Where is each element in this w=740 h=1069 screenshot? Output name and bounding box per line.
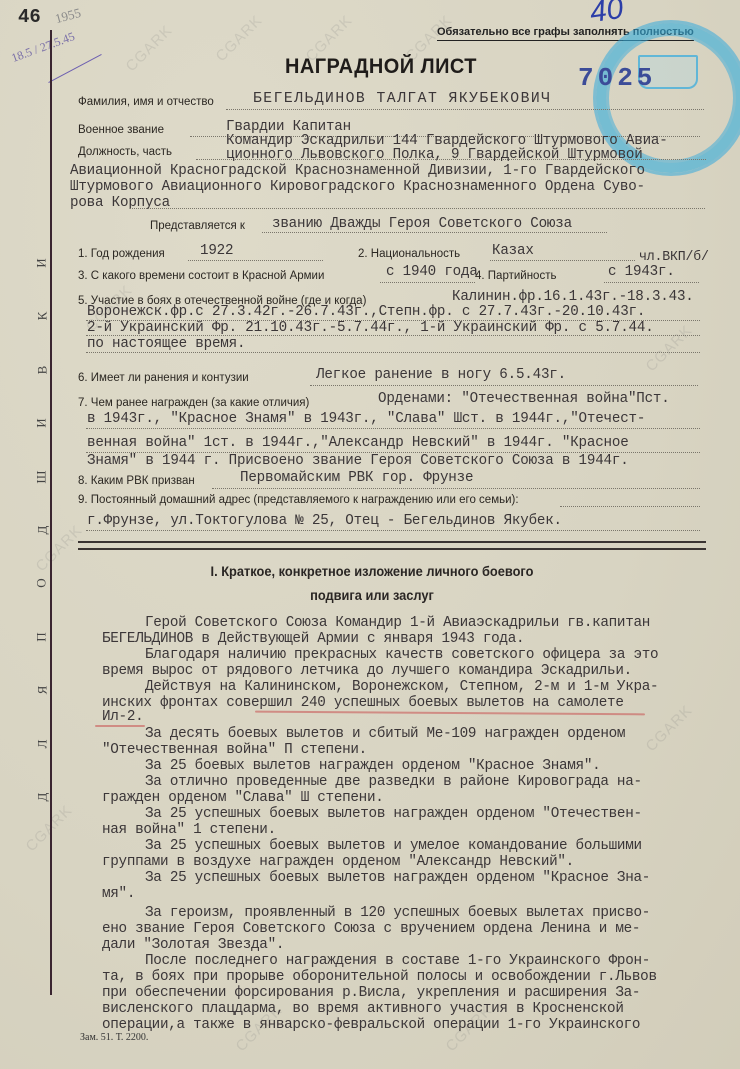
field-underline xyxy=(86,428,700,429)
body-line: та, в боях при прорыве оборонительной по… xyxy=(102,969,657,985)
body-line: инских фронтах совершил 240 успешных бое… xyxy=(102,695,624,711)
body-line: За отлично проведенные две разведки в ра… xyxy=(145,774,642,790)
field-underline xyxy=(226,109,704,110)
body-line: при обеспечении форсирования р.Висла, ук… xyxy=(102,985,640,1001)
party-note: чл.ВКП/б/ xyxy=(639,250,709,265)
body-line: За десять боевых вылетов и сбитый Ме-109… xyxy=(145,726,625,742)
body-line: группами в воздухе награжден орденом "Ал… xyxy=(102,854,574,870)
presented-to-label: Представляется к xyxy=(150,220,245,232)
body-line: За 25 успешных боевых вылетов награжден … xyxy=(145,806,642,822)
previous-awards-line: Знамя" в 1944 г. Присвоено звание Героя … xyxy=(87,453,629,469)
body-line: Ил-2. xyxy=(102,709,143,725)
award-sheet-page: CGARK CGARK CGARK CGARK CGARK CGARK CGAR… xyxy=(0,0,740,1069)
body-line: БЕГЕЛЬДИНОВ в Действующей Армии с января… xyxy=(102,631,524,647)
registration-number: 7025 xyxy=(578,63,656,93)
birth-year-value: 1922 xyxy=(200,243,233,259)
field-underline xyxy=(560,506,700,507)
body-line: За 25 успешных боевых вылетов и умелое к… xyxy=(145,838,642,854)
sheet-number: 46 xyxy=(18,6,41,28)
body-line: За героизм, проявленный в 120 успешных б… xyxy=(145,905,650,921)
previous-awards-line: венная война" 1ст. в 1944г.,"Александр Н… xyxy=(87,435,629,451)
body-line: мя". xyxy=(102,886,135,902)
body-line: висленского плацдарма, во время активног… xyxy=(102,1001,624,1017)
battles-value: Калинин.фр.16.1.43г.-18.3.43. xyxy=(452,289,694,305)
body-line: После последнего награждения в составе 1… xyxy=(145,953,650,969)
field-underline xyxy=(130,208,705,209)
battles-line: Воронежск.фр.с 27.3.42г.-26.7.43г.,Степн… xyxy=(87,304,645,320)
pencil-annotation: 1955 xyxy=(53,5,82,27)
field-underline xyxy=(86,530,700,531)
section-title: I. Краткое, конкретное изложение личного… xyxy=(21,564,724,579)
field-underline xyxy=(490,260,635,261)
battles-line: по настоящее время. xyxy=(87,336,245,352)
field-underline xyxy=(262,232,607,233)
party-value: с 1943г. xyxy=(608,264,675,280)
binding-margin-line xyxy=(50,30,52,995)
previous-awards-label: 7. Чем ранее награжден (за какие отличия… xyxy=(78,397,309,409)
body-line: Благодаря наличию прекрасных качеств сов… xyxy=(145,647,658,663)
army-since-value: с 1940 года xyxy=(386,264,478,280)
body-line: За 25 боевых вылетов награжден орденом "… xyxy=(145,758,600,774)
position-line: Авиационной Красноградской Краснознаменн… xyxy=(70,163,645,179)
binding-margin-text: Д Л Я П О Д Ш И В К И xyxy=(34,255,50,805)
document-title: НАГРАДНОЙ ЛИСТ xyxy=(285,55,477,79)
party-label: 4. Партийность xyxy=(475,270,556,282)
wounds-label: 6. Имеет ли ранения и контузии xyxy=(78,372,249,384)
position-label: Должность, часть xyxy=(78,146,172,158)
section-divider xyxy=(78,541,706,550)
body-line: Герой Советского Союза Командир 1-й Авиа… xyxy=(145,615,650,631)
watermark: CGARK xyxy=(213,12,266,65)
field-underline xyxy=(212,488,700,489)
field-underline xyxy=(86,352,700,353)
red-pencil-underline xyxy=(95,725,145,727)
position-line: Штурмового Авиационного Кировоградского … xyxy=(70,179,645,195)
birth-year-label: 1. Год рождения xyxy=(78,248,165,260)
rvk-value: Первомайским РВК гор. Фрунзе xyxy=(240,470,473,486)
pencil-strike xyxy=(48,54,101,83)
body-line: время вырос от рядового летчика до лучше… xyxy=(102,663,632,679)
body-line: За 25 успешных боевых вылетов награжден … xyxy=(145,870,650,886)
field-underline xyxy=(188,260,323,261)
home-address-value: г.Фрунзе, ул.Токтогулова № 25, Отец - Бе… xyxy=(87,513,562,529)
nationality-value: Казах xyxy=(492,243,534,259)
previous-awards-line: в 1943г., "Красное Знамя" в 1943г., "Сла… xyxy=(87,411,645,427)
full-name-label: Фамилия, имя и отчество xyxy=(78,96,214,108)
body-line: ная война" 1 степени. xyxy=(102,822,276,838)
field-underline xyxy=(380,282,475,283)
field-underline xyxy=(310,385,698,386)
army-since-label: 3. С какого времени состоит в Красной Ар… xyxy=(78,270,324,282)
body-line: Действуя на Калининском, Воронежском, Ст… xyxy=(145,679,658,695)
nationality-label: 2. Национальность xyxy=(358,248,460,260)
field-underline xyxy=(604,282,699,283)
print-info: Зам. 51. Т. 2200. xyxy=(80,1032,148,1043)
full-name-value: БЕГЕЛЬДИНОВ ТАЛГАТ ЯКУБЕКОВИЧ xyxy=(253,90,551,107)
body-line: гражден орденом "Слава" Ш степени. xyxy=(102,790,384,806)
body-line: "Отечественная война" П степени. xyxy=(102,742,367,758)
red-pencil-underline xyxy=(255,711,645,716)
body-line: операции,а также в январско-февральской … xyxy=(102,1017,640,1033)
section-subtitle: подвига или заслуг xyxy=(21,588,724,603)
previous-awards-value: Орденами: "Отечественная война"Пст. xyxy=(378,391,670,407)
body-line: дали "Золотая Звезда". xyxy=(102,937,284,953)
home-address-label: 9. Постоянный домашний адрес (представля… xyxy=(78,494,519,506)
presented-to-value: званию Дважды Героя Советского Союза xyxy=(272,216,572,232)
rvk-label: 8. Каким РВК призван xyxy=(78,475,195,487)
watermark: CGARK xyxy=(643,702,696,755)
battles-line: 2-й Украинский Фр. 21.10.43г.-5.7.44г., … xyxy=(87,320,654,336)
rank-label: Военное звание xyxy=(78,124,164,136)
wounds-value: Легкое ранение в ногу 6.5.43г. xyxy=(316,367,566,383)
pencil-date-annotation: 18.5 / 27.5.45 xyxy=(9,29,76,66)
position-line: ционного Львовского Полка, 9 Гвардейской… xyxy=(226,147,643,163)
watermark: CGARK xyxy=(123,22,176,75)
body-line: ено звание Героя Советского Союза с вруч… xyxy=(102,921,640,937)
